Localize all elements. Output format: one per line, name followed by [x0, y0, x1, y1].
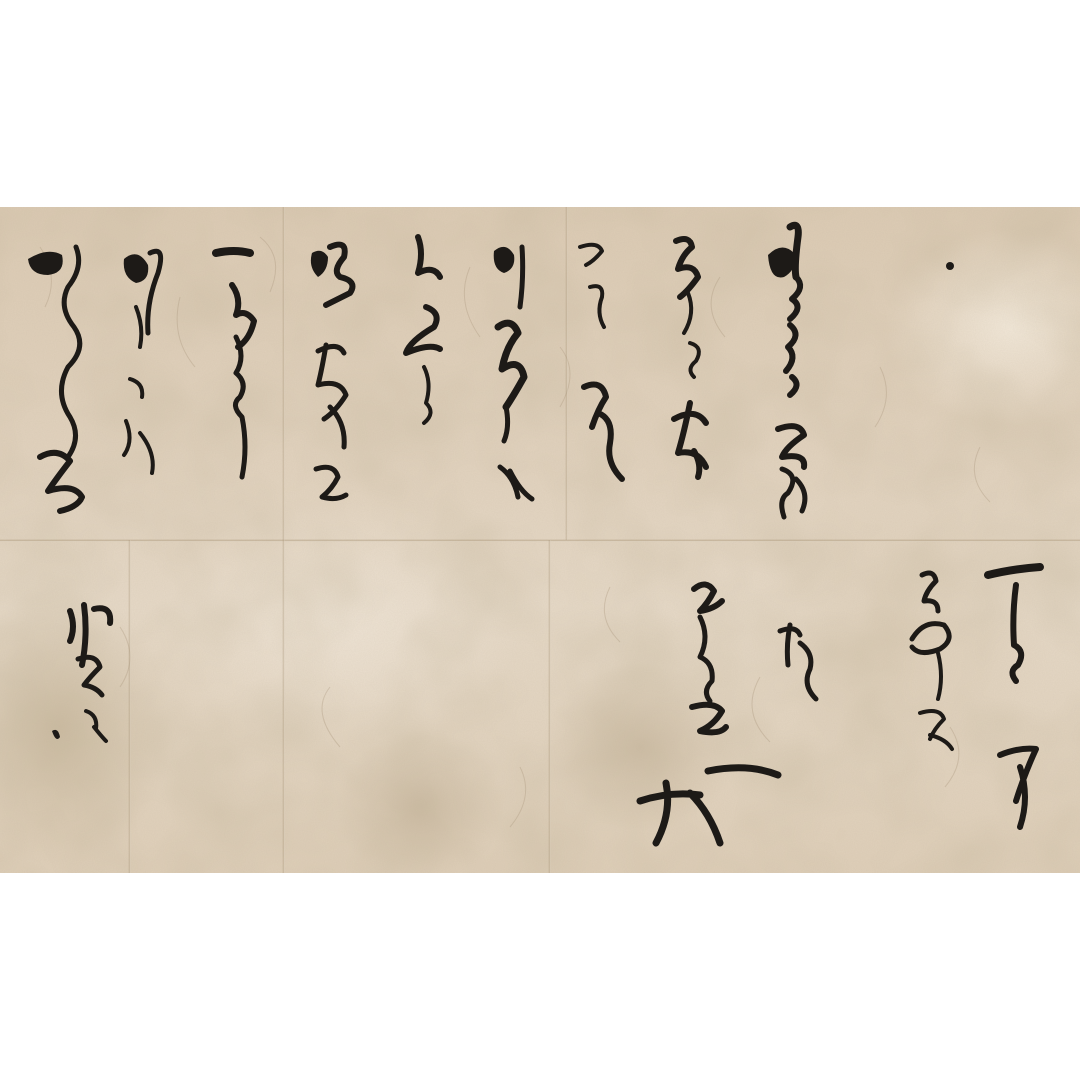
sender-signature-kao [640, 584, 778, 843]
image-canvas: cursive brush calligraphy (sōsho), verti… [0, 0, 1080, 1080]
column-7-text [216, 251, 254, 477]
column-5-text [406, 237, 440, 423]
date-line-left [912, 573, 952, 749]
date-line-right [988, 567, 1040, 827]
calligraphy-ink [0, 207, 1080, 873]
paper-sheet: cursive brush calligraphy (sōsho), verti… [0, 207, 1080, 873]
column-2-text [674, 239, 706, 477]
column-9-text [28, 247, 82, 511]
column-8-text [124, 251, 161, 473]
column-4-text [494, 247, 532, 499]
sender-name [780, 625, 816, 699]
column-1-text [768, 225, 805, 517]
column-6-text [311, 245, 353, 499]
addressee-text [52, 605, 110, 741]
column-3-text [580, 245, 622, 479]
ink-dot [946, 262, 954, 270]
